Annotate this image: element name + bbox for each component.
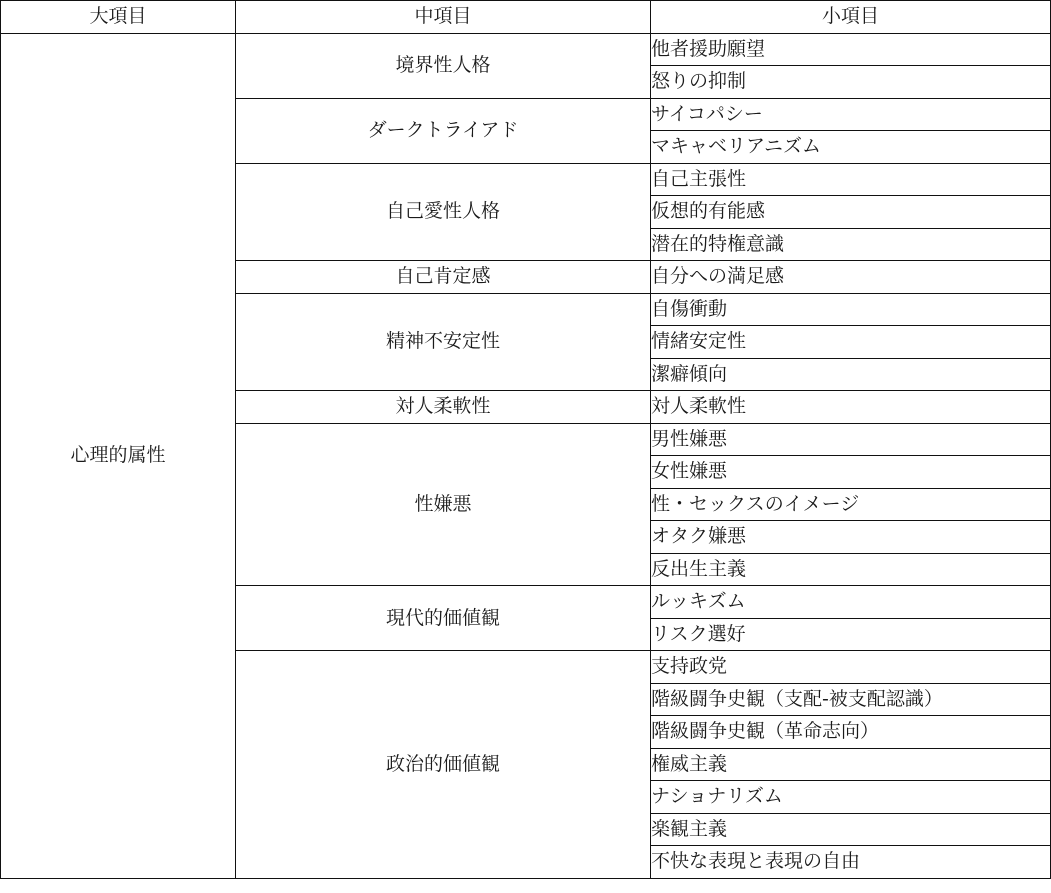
minor-item-cell: サイコパシー: [651, 98, 1051, 131]
header-major: 大項目: [1, 1, 236, 34]
minor-item-cell: 潜在的特権意識: [651, 228, 1051, 261]
minor-item-cell: 女性嫌悪: [651, 456, 1051, 489]
header-middle: 中項目: [236, 1, 651, 34]
middle-category-cell: 政治的価値観: [236, 651, 651, 879]
header-row: 大項目 中項目 小項目: [1, 1, 1051, 34]
minor-item-cell: 不快な表現と表現の自由: [651, 846, 1051, 879]
middle-category-cell: 性嫌悪: [236, 423, 651, 586]
minor-item-cell: 自傷衝動: [651, 293, 1051, 326]
minor-item-cell: 他者援助願望: [651, 33, 1051, 66]
minor-item-cell: 性・セックスのイメージ: [651, 488, 1051, 521]
minor-item-cell: 階級闘争史観（支配-被支配認識）: [651, 683, 1051, 716]
minor-item-cell: 情緒安定性: [651, 326, 1051, 359]
minor-item-cell: 支持政党: [651, 651, 1051, 684]
middle-category-cell: 精神不安定性: [236, 293, 651, 391]
minor-item-cell: 自己主張性: [651, 163, 1051, 196]
minor-item-cell: ルッキズム: [651, 586, 1051, 619]
minor-item-cell: リスク選好: [651, 618, 1051, 651]
minor-item-cell: オタク嫌悪: [651, 521, 1051, 554]
minor-item-cell: 自分への満足感: [651, 261, 1051, 294]
middle-category-cell: 境界性人格: [236, 33, 651, 98]
header-minor: 小項目: [651, 1, 1051, 34]
minor-item-cell: マキャベリアニズム: [651, 131, 1051, 164]
minor-item-cell: ナショナリズム: [651, 781, 1051, 814]
minor-item-cell: 楽観主義: [651, 813, 1051, 846]
minor-item-cell: 権威主義: [651, 748, 1051, 781]
minor-item-cell: 男性嫌悪: [651, 423, 1051, 456]
minor-item-cell: 仮想的有能感: [651, 196, 1051, 229]
attribute-table: 大項目 中項目 小項目 心理的属性 境界性人格 他者援助願望 怒りの抑制 ダーク…: [0, 0, 1051, 879]
middle-category-cell: 自己愛性人格: [236, 163, 651, 261]
minor-item-cell: 怒りの抑制: [651, 66, 1051, 99]
middle-category-cell: 対人柔軟性: [236, 391, 651, 424]
minor-item-cell: 潔癖傾向: [651, 358, 1051, 391]
middle-category-cell: 現代的価値観: [236, 586, 651, 651]
minor-item-cell: 階級闘争史観（革命志向）: [651, 716, 1051, 749]
minor-item-cell: 反出生主義: [651, 553, 1051, 586]
middle-category-cell: 自己肯定感: [236, 261, 651, 294]
minor-item-cell: 対人柔軟性: [651, 391, 1051, 424]
major-category-cell: 心理的属性: [1, 33, 236, 878]
table-row: 心理的属性 境界性人格 他者援助願望: [1, 33, 1051, 66]
middle-category-cell: ダークトライアド: [236, 98, 651, 163]
